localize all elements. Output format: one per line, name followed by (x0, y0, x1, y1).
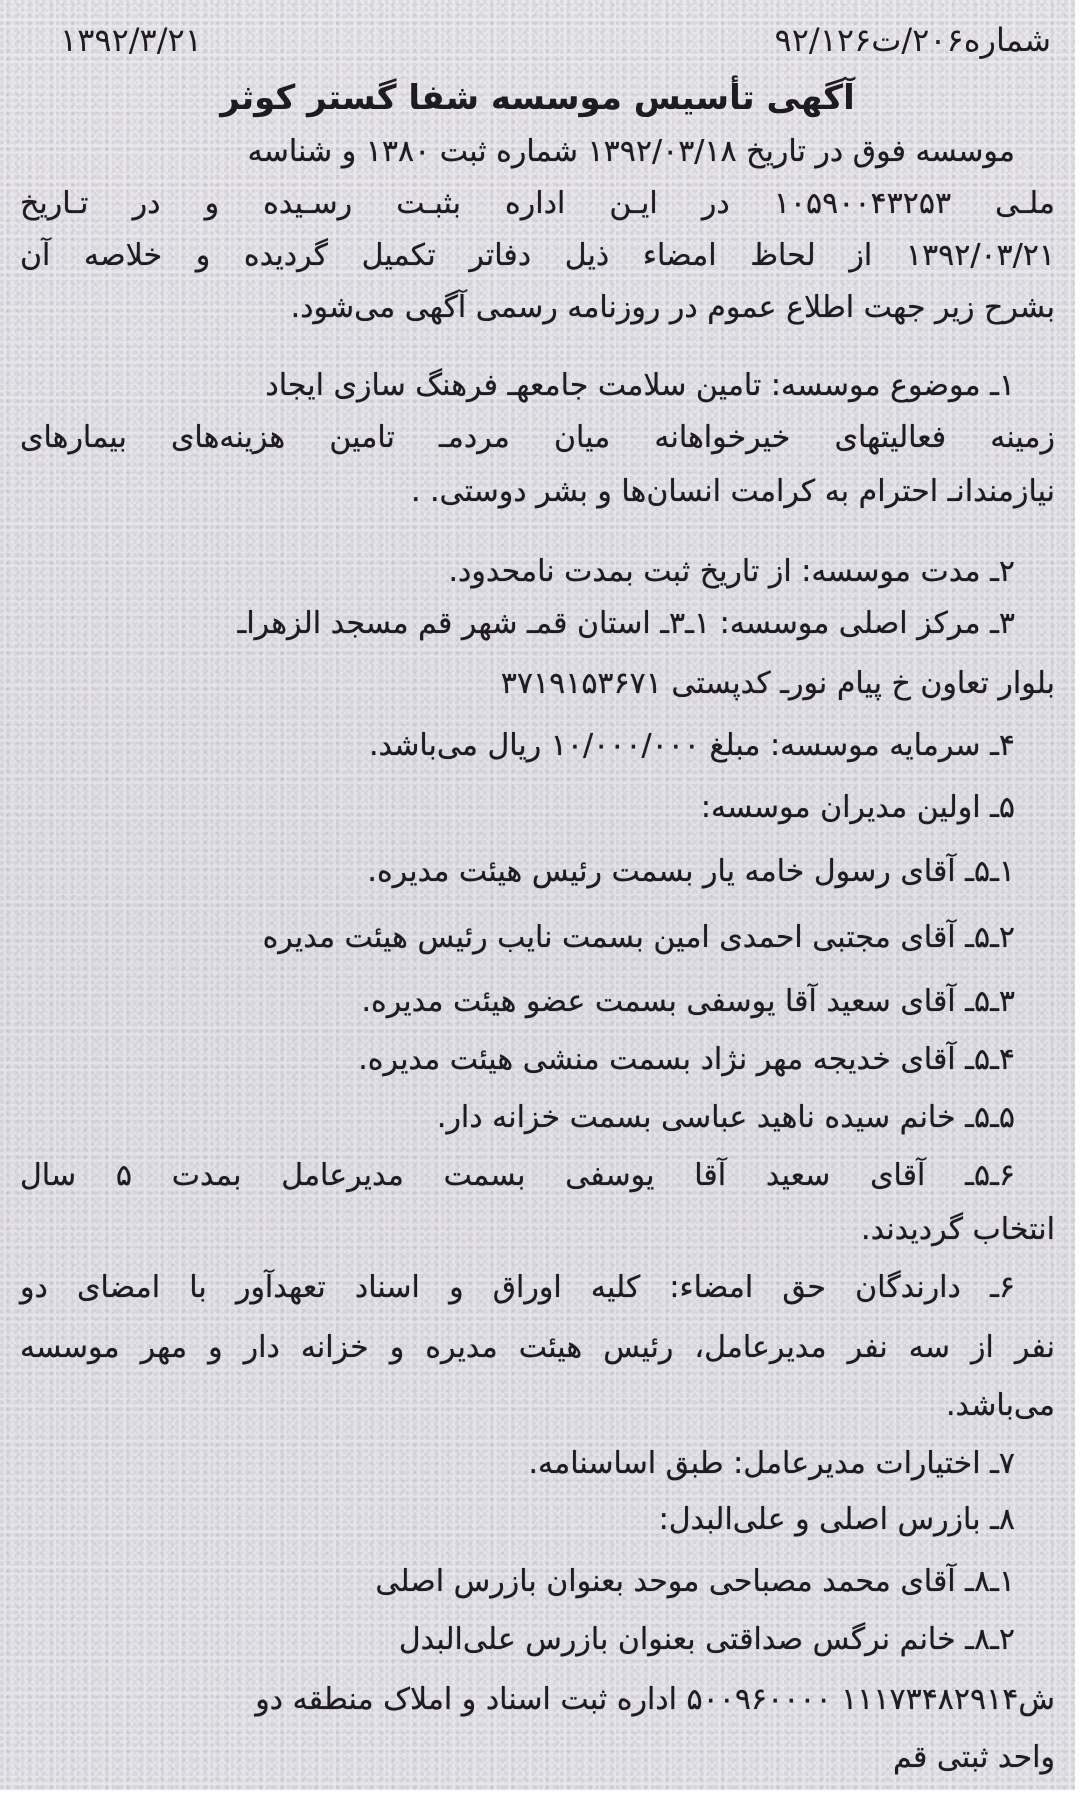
section-8-heading: ۸ـ بازرس اصلی و علی‌البدل: (20, 1496, 1055, 1544)
section-8-item-2: ۲ـ۸ـ خانم نرگس صداقتی بعنوان بازرس علی‌ا… (20, 1616, 1055, 1664)
section-6-line-2: نفر از سه نفر مدیرعامل، رئیس هیئت مدیره … (20, 1324, 1055, 1372)
notice-title: آگهی تأسیس موسسه شفا گستر کوثر (0, 72, 1075, 124)
section-1-line-1: ۱ـ موضوع موسسه: تامین سلامت جامعهـ فرهنگ… (20, 362, 1055, 410)
intro-line-3: ۱۳۹۲/۰۳/۲۱ از لحاظ امضاء ذیل دفاتر تکمیل… (20, 232, 1055, 280)
newspaper-clipping: شماره۲۰۶/ت۹۲/۱۲۶ ۱۳۹۲/۳/۲۱ آگهی تأسیس مو… (0, 0, 1075, 1790)
intro-line-2: ملـی ۱۰۵۹۰۰۴۳۲۵۳ در ایـن اداره بثبـت رسـ… (20, 180, 1055, 228)
section-3-line-1: ۳ـ مرکز اصلی موسسه: ۱ـ۳ـ استان قمـ شهر ق… (20, 600, 1055, 648)
footer-line-2: واحد ثبتی قم (20, 1734, 1055, 1782)
section-1-line-3: نیازمندانـ احترام به کرامت انسان‌ها و بش… (20, 468, 1055, 516)
section-4: ۴ـ سرمایه موسسه: مبلغ ۱۰/۰۰۰/۰۰۰ ریال می… (20, 722, 1055, 770)
section-8-item-1: ۱ـ۸ـ آقای محمد مصباحی موحد بعنوان بازرس … (20, 1558, 1055, 1606)
intro-line-1: موسسه فوق در تاریخ ۱۳۹۲/۰۳/۱۸ شماره ثبت … (20, 128, 1055, 176)
section-5-item-6: ۶ـ۵ـ آقای سعید آقا یوسفی بسمت مدیرعامل ب… (20, 1152, 1055, 1200)
section-5-item-4: ۴ـ۵ـ آقای خدیجه مهر نژاد بسمت منشی هیئت … (20, 1036, 1055, 1084)
section-5-item-5: ۵ـ۵ـ خانم سیده ناهید عباسی بسمت خزانه دا… (20, 1094, 1055, 1142)
intro-line-4: بشرح زیر جهت اطلاع عموم در روزنامه رسمی … (20, 284, 1055, 332)
section-5-item-3: ۳ـ۵ـ آقای سعید آقا یوسفی بسمت عضو هیئت م… (20, 978, 1055, 1026)
notice-date: ۱۳۹۲/۳/۲۱ (60, 16, 202, 64)
section-5-closing: انتخاب گردیدند. (20, 1206, 1055, 1254)
section-2: ۲ـ مدت موسسه: از تاریخ ثبت بمدت نامحدود. (20, 548, 1055, 596)
footer-line-1: ش۱۱۱۷۳۴۸۲۹۱۴ ۵۰۰۹۶۰۰۰۰ اداره ثبت اسناد و… (20, 1676, 1055, 1724)
section-7: ۷ـ اختیارات مدیرعامل: طبق اساسنامه. (20, 1440, 1055, 1488)
section-5-heading: ۵ـ اولین مدیران موسسه: (20, 784, 1055, 832)
section-5-item-2: ۲ـ۵ـ آقای مجتبی احمدی امین بسمت نایب رئی… (20, 914, 1055, 962)
reference-number: شماره۲۰۶/ت۹۲/۱۲۶ (775, 16, 1051, 64)
section-3-line-2: بلوار تعاون خ پیام نورـ کدپستی ۳۷۱۹۱۵۳۶۷… (20, 660, 1055, 708)
section-1-line-2: زمینه فعالیتهای خیرخواهانه میان مردمـ تا… (20, 414, 1055, 462)
notice-header: شماره۲۰۶/ت۹۲/۱۲۶ ۱۳۹۲/۳/۲۱ (60, 16, 1051, 64)
section-6-line-1: ۶ـ دارندگان حق امضاء: کلیه اوراق و اسناد… (20, 1264, 1055, 1312)
section-6-line-3: می‌باشد. (20, 1382, 1055, 1430)
section-5-item-1: ۱ـ۵ـ آقای رسول خامه یار بسمت رئیس هیئت م… (20, 848, 1055, 896)
